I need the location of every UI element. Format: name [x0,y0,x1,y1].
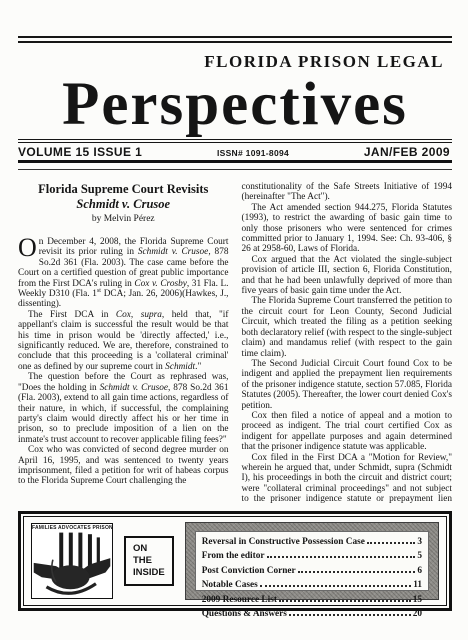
body-paragraph: The Florida Supreme Court transferred th… [242,296,453,358]
body-paragraph: The Act amended section 944.275, Florida… [242,203,453,255]
body-paragraph: The First DCA in Cox, supra, held that, … [18,310,229,372]
toc-label: 2009 Resource List [202,594,277,606]
toc-dots [289,606,411,616]
masthead-kicker: FLORIDA PRISON LEGAL [18,52,452,72]
article-body: Florida Supreme Court Revisits Schmidt v… [18,182,452,504]
toc-page: 20 [413,608,422,620]
toc-dots [367,534,415,544]
fap-logo: FAMILIES ADVOCATES PRISONERS [31,523,113,599]
toc-label: Notable Cases [202,579,258,591]
inside-label-line: ON [133,543,147,554]
inside-label-line: THE [133,555,152,566]
body-paragraph: The question before the Court as rephras… [18,372,229,445]
body-paragraph: Cox who was convicted of second degree m… [18,445,229,487]
issue-info-bar: VOLUME 15 ISSUE 1 ISSN# 1091-8094 JAN/FE… [18,143,452,160]
article-column-right: constitutionality of the Safe Streets In… [242,182,453,504]
toc-row: 2009 Resource List15 [202,592,422,606]
on-the-inside-label: ONTHEINSIDE [124,536,174,586]
toc-dots [260,577,411,587]
issue-date: JAN/FEB 2009 [364,145,450,159]
toc-dots [279,592,411,602]
toc-page: 11 [413,579,422,591]
toc-row: Questions & Answers20 [202,606,422,620]
issn-label: ISSN# 1091-8094 [217,148,289,158]
toc-dots [267,548,416,558]
logo-caption: FAMILIES ADVOCATES PRISONERS [32,524,112,531]
article-title: Florida Supreme Court Revisits [18,182,229,197]
toc-label: Post Conviction Corner [202,565,296,577]
body-paragraph: Cox then filed a notice of appeal and a … [242,411,453,453]
toc-dots [298,563,416,573]
toc-page: 5 [417,550,422,562]
toc-page: 6 [417,565,422,577]
left-paragraphs: On December 4, 2008, the Florida Supreme… [18,237,229,487]
toc-row: From the editor5 [202,548,422,562]
masthead-bottom-rule [18,160,452,170]
masthead-title: Perspectives [18,74,452,136]
toc-label: Reversal in Constructive Possession Case [202,536,365,548]
toc-label: Questions & Answers [202,608,287,620]
article-subtitle: Schmidt v. Crusoe [18,197,229,212]
toc-page: 3 [417,536,422,548]
body-paragraph: constitutionality of the Safe Streets In… [242,182,453,203]
toc-row: Post Conviction Corner6 [202,563,422,577]
right-paragraphs: constitutionality of the Safe Streets In… [242,182,453,504]
volume-label: VOLUME 15 ISSUE 1 [18,145,142,159]
newsletter-front-page: FLORIDA PRISON LEGAL Perspectives VOLUME… [0,0,468,640]
handshake-through-bars-icon [32,531,112,598]
toc: Reversal in Constructive Possession Case… [195,531,429,591]
toc-frame: Reversal in Constructive Possession Case… [185,522,439,600]
toc-row: Notable Cases11 [202,577,422,591]
inside-label-line: INSIDE [133,567,165,578]
body-paragraph: Cox argued that the Act violated the sin… [242,255,453,297]
article-column-left: Florida Supreme Court Revisits Schmidt v… [18,182,229,504]
toc-label: From the editor [202,550,265,562]
toc-row: Reversal in Constructive Possession Case… [202,534,422,548]
inside-box: FAMILIES ADVOCATES PRISONERS [18,511,452,611]
toc-page: 15 [413,594,422,606]
body-paragraph: On December 4, 2008, the Florida Supreme… [18,237,229,310]
body-paragraph: The Second Judicial Circuit Court found … [242,359,453,411]
inside-box-inner: FAMILIES ADVOCATES PRISONERS [23,516,447,606]
body-paragraph: Cox filed in the First DCA a "Motion for… [242,453,453,504]
masthead-top-rule [18,36,452,43]
byline: by Melvin Pérez [18,213,229,225]
